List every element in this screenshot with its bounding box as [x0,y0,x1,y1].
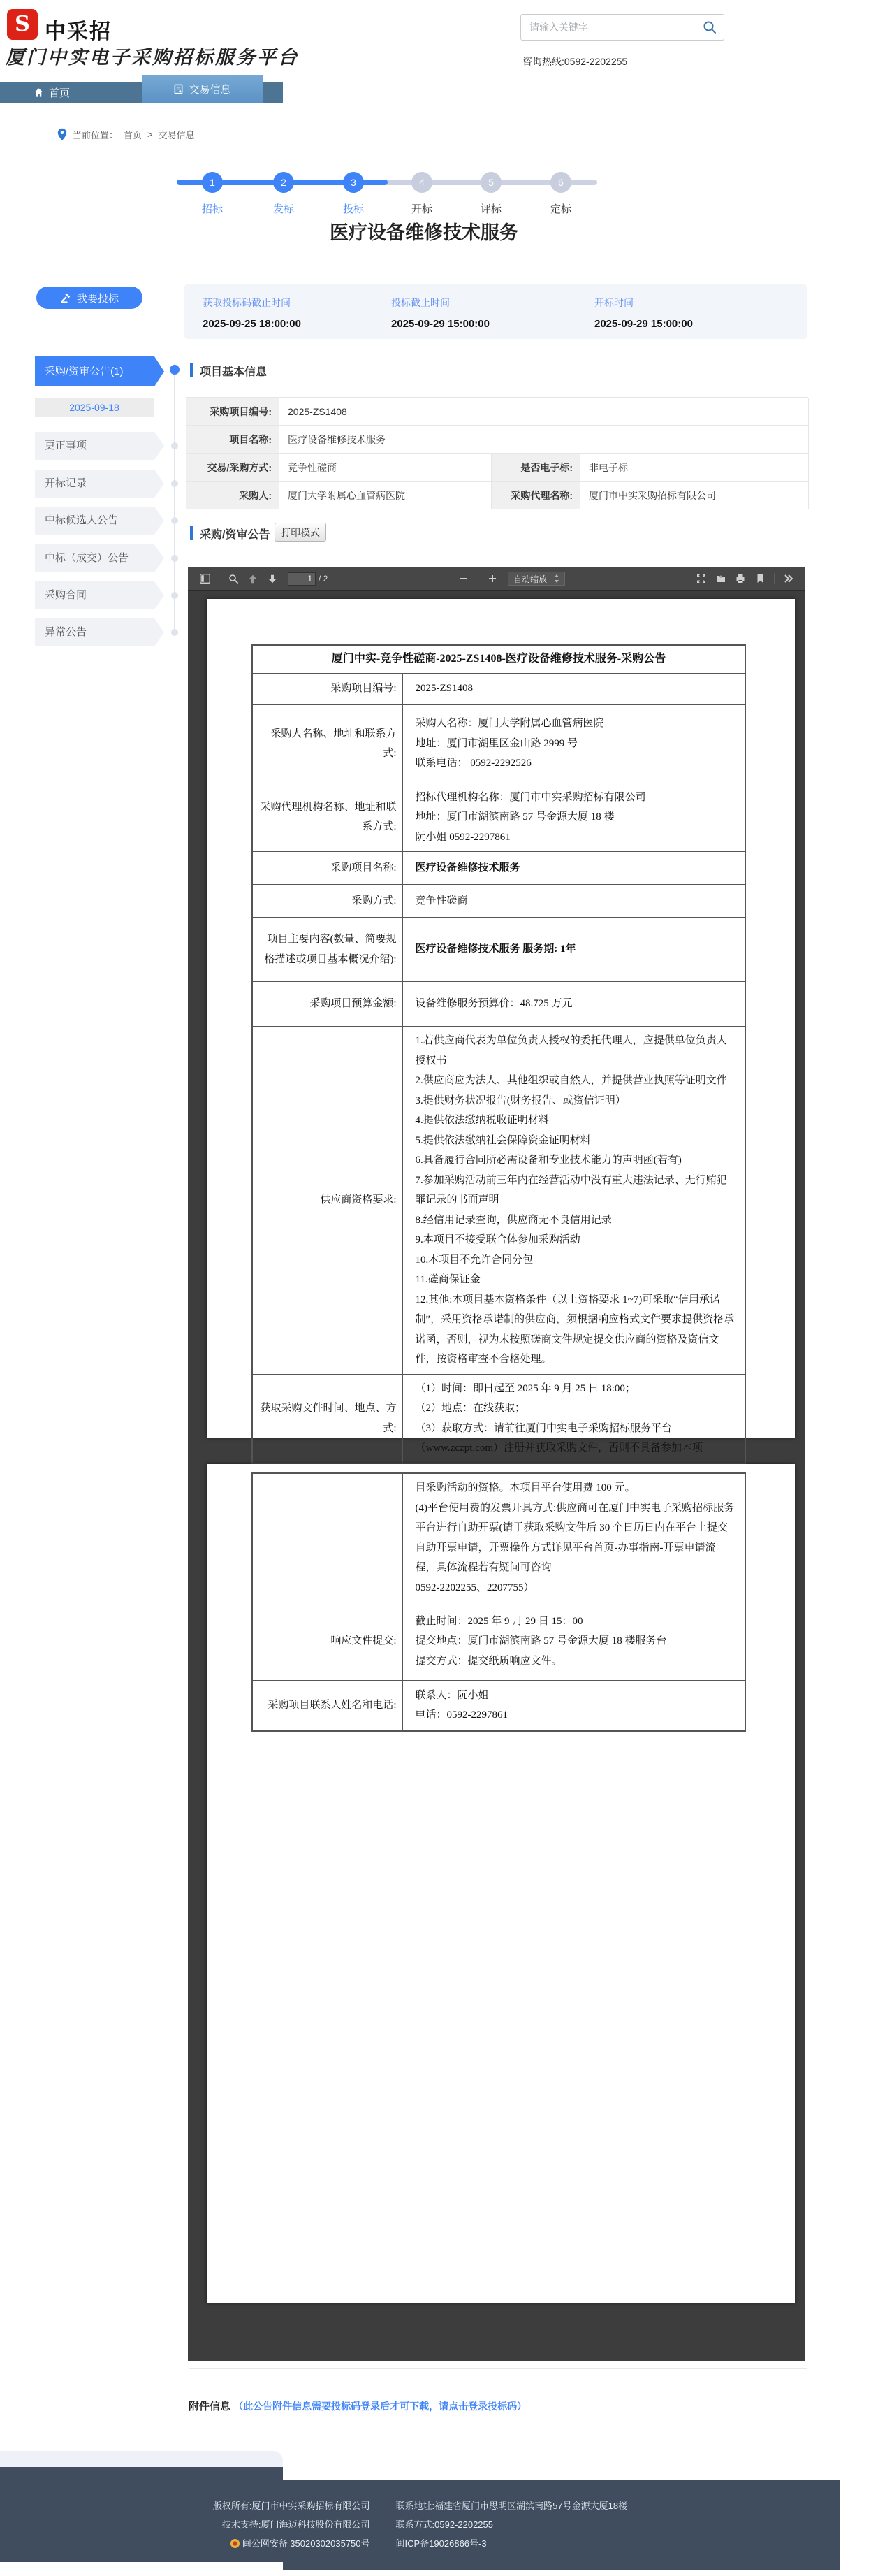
pdf-toolbar: / 2 自动缩放 [188,567,805,591]
gavel-icon [60,292,71,303]
announcement-table-page2: 目采购活动的资格。本项目平台使用费 100 元。 (4)平台使用费的发票开具方式… [251,1472,746,1732]
pdf-viewer: / 2 自动缩放 [188,567,805,2361]
doc-value: 医疗设备维修技术服务 服务期: 1年 [402,918,745,982]
doc-value: 2025-ZS1408 [402,673,745,704]
doc-value: （1）时间：即日起至 2025 年 9 月 25 日 18:00； （2）地点：… [402,1374,745,1463]
select-arrows-icon [554,574,559,583]
deadline-value: 2025-09-25 18:00:00 [203,318,301,330]
deadline-value: 2025-09-29 15:00:00 [391,318,490,330]
nav-item-home[interactable]: 首页 [34,82,70,103]
info-label-method: 交易/采购方式: [186,454,279,482]
pdf-page-down-button[interactable] [264,570,281,587]
sidebar-item-corrections[interactable]: 更正事项 [35,432,164,460]
breadcrumb-prefix: 当前位置： [73,128,118,141]
fullscreen-icon [696,574,706,584]
section-title-announcement: 采购/资审公告 [200,526,270,542]
step-label-5: 评标 [463,201,519,216]
doc-label: 供应商资格要求: [252,1027,402,1375]
nav-home-label: 首页 [49,85,70,100]
search-box [520,14,724,41]
sidebar-item-abnormal[interactable]: 异常公告 [35,618,164,646]
timeline-dot [171,517,178,524]
sidebar-item-announcement[interactable]: 采购/资审公告(1) [35,356,164,386]
search-icon [702,20,717,35]
deadline-bar: 获取投标码截止时间 2025-09-25 18:00:00 投标截止时间 202… [184,284,807,339]
footer-police-record[interactable]: 闽公网安备 35020302035750号 [213,2534,370,2553]
page-root: S 中采招 厦门中实电子采购招标服务平台 咨询热线:0592-2202255 首… [0,0,871,2576]
footer-police-record-text: 闽公网安备 35020302035750号 [242,2538,370,2549]
arrow-up-icon [249,574,257,584]
step-circle-2: 2 [273,172,294,193]
open-file-icon [716,574,726,584]
doc-label: 获取采购文件时间、地点、方式: [252,1374,402,1463]
step-label-1: 招标 [184,201,240,216]
doc-label: 响应文件提交: [252,1602,402,1681]
site-logo-text: 中采招 [45,14,112,45]
search-button[interactable] [702,19,719,36]
pdf-bookmark-button[interactable] [752,570,768,587]
sidebar-item-date[interactable]: 2025-09-18 [35,398,154,417]
doc-label: 采购代理机构名称、地址和联系方式: [252,783,402,852]
search-input[interactable] [520,14,724,41]
main-nav: 首页 交易信息 [0,82,283,103]
section-bar [190,363,193,377]
site-logo-icon: S [7,9,38,40]
breadcrumb-current[interactable]: 交易信息 [159,128,195,141]
doc-value: 1.若供应商代表为单位负责人授权的委托代理人，应提供单位负责人授权书 2.供应商… [402,1027,745,1375]
minus-icon [460,574,468,583]
toolbar-separator [478,573,478,584]
attachment-title: 附件信息 [189,2401,230,2412]
step-circle-6: 6 [550,172,571,193]
step-circle-5: 5 [481,172,502,193]
document-icon [173,84,184,94]
info-label-project-name: 项目名称: [186,426,279,454]
footer-right-column: 联系地址:福建省厦门市思明区湖滨南路57号金源大厦18楼 联系方式:0592-2… [396,2496,628,2553]
doc-label: 采购方式: [252,885,402,918]
timeline-dot [171,442,178,449]
doc-value: 竞争性磋商 [402,885,745,918]
footer-contact: 联系方式:0592-2202255 [396,2515,628,2534]
police-badge-icon [230,2539,240,2548]
announcement-table-page1: 厦门中实-竞争性磋商-2025-ZS1408-医疗设备维修技术服务-采购公告 采… [251,644,746,1464]
sidebar-toggle-icon [200,574,210,584]
sidebar-item-candidates[interactable]: 中标候选人公告 [35,507,164,535]
sidebar-item-contract[interactable]: 采购合同 [35,581,164,609]
breadcrumb: 当前位置： 首页 > 交易信息 [57,128,195,141]
section-bar [190,526,193,540]
footer-address: 联系地址:福建省厦门市思明区湖滨南路57号金源大厦18楼 [396,2496,628,2515]
nav-item-trade-info[interactable]: 交易信息 [142,75,263,103]
pdf-find-button[interactable] [225,570,242,587]
doc-label [252,1473,402,1602]
step-label-4: 开标 [394,201,450,216]
info-label-purchaser: 采购人: [186,482,279,509]
section-title-basic-info: 项目基本信息 [200,363,267,379]
pdf-page-up-button[interactable] [244,570,261,587]
pdf-zoom-in-button[interactable] [484,570,501,587]
doc-value: 联系人：阮小姐 电话：0592-2297861 [402,1681,745,1731]
attachment-login-note[interactable]: （此公告附件信息需要投标码登录后才可下载，请点击登录投标码） [233,2401,527,2412]
pdf-zoom-value: 自动缩放 [513,573,547,585]
deadline-value: 2025-09-29 15:00:00 [594,318,693,330]
footer-tech-support: 技术支持:厦门海迈科技股份有限公司 [213,2515,370,2534]
doc-title: 厦门中实-竞争性磋商-2025-ZS1408-医疗设备维修技术服务-采购公告 [252,645,745,673]
footer-copyright: 版权所有:厦门市中实采购招标有限公司 [213,2496,370,2515]
pdf-open-file-button[interactable] [712,570,729,587]
timeline-dot [171,480,178,487]
footer-strip [0,2451,283,2467]
step-circle-1: 1 [202,172,223,193]
bid-now-label: 我要投标 [77,291,119,305]
deadline-col-code: 获取投标码截止时间 2025-09-25 18:00:00 [203,296,301,330]
doc-label: 采购项目联系人姓名和电话: [252,1681,402,1731]
footer-icp[interactable]: 闽ICP备19026866号-3 [396,2534,628,2553]
location-pin-icon [57,128,67,141]
doc-label: 采购项目名称: [252,852,402,885]
step-circle-3: 3 [343,172,364,193]
doc-value: 目采购活动的资格。本项目平台使用费 100 元。 (4)平台使用费的发票开具方式… [402,1473,745,1602]
timeline-dot-active [170,365,180,375]
chevrons-right-icon [784,574,793,583]
pdf-presentation-button[interactable] [693,570,710,587]
deadline-col-bid: 投标截止时间 2025-09-29 15:00:00 [391,296,490,330]
printer-icon [735,574,745,584]
attachment-info: 附件信息 （此公告附件信息需要投标码登录后才可下载，请点击登录投标码） [189,2398,527,2413]
info-value-purchaser: 厦门大学附属心血管病医院 [279,482,492,509]
deadline-label: 开标时间 [594,296,693,310]
find-icon [228,574,238,584]
pdf-page-1: 厦门中实-竞争性磋商-2025-ZS1408-医疗设备维修技术服务-采购公告 采… [207,599,795,1438]
home-icon [34,87,44,98]
doc-label: 采购人名称、地址和联系方式: [252,704,402,783]
pdf-print-button[interactable] [732,570,749,587]
site-subtitle: 厦门中实电子采购招标服务平台 [6,42,299,69]
hotline-text: 咨询热线:0592-2202255 [522,55,627,68]
info-value-method: 竞争性磋商 [279,454,492,482]
timeline-dot [171,555,178,562]
print-mode-button[interactable]: 打印模式 [275,523,326,542]
arrow-down-icon [268,574,277,584]
step-label-3: 投标 [325,201,381,216]
bid-now-button[interactable]: 我要投标 [36,287,142,309]
doc-label: 采购项目编号: [252,673,402,704]
deadline-label: 获取投标码截止时间 [203,296,301,310]
doc-value: 设备维修服务预算价：48.725 万元 [402,982,745,1027]
step-circle-4: 4 [411,172,432,193]
info-label-e-bid: 是否电子标: [492,454,580,482]
doc-label: 项目主要内容(数量、简要规格描述或项目基本概况介绍): [252,918,402,982]
footer-divider [383,2496,383,2553]
pdf-sidebar-toggle-button[interactable] [196,570,213,587]
info-value-project-name: 医疗设备维修技术服务 [279,426,809,454]
timeline-dot [171,629,178,636]
info-value-e-bid: 非电子标 [580,454,809,482]
nav-trade-info-label: 交易信息 [189,82,230,96]
step-label-6: 定标 [533,201,589,216]
toolbar-separator [219,573,219,584]
basic-info-table: 采购项目编号: 2025-ZS1408 项目名称: 医疗设备维修技术服务 交易/… [186,397,808,509]
timeline-dot [171,592,178,599]
pdf-page-2: 目采购活动的资格。本项目平台使用费 100 元。 (4)平台使用费的发票开具方式… [207,1464,795,2303]
info-label-project-code: 采购项目编号: [186,398,279,426]
pdf-zoom-select[interactable]: 自动缩放 [508,572,565,586]
pdf-zoom-out-button[interactable] [455,570,472,587]
step-label-2: 发标 [256,201,312,216]
page-title: 医疗设备维修技术服务 [0,217,848,245]
plus-icon [488,574,497,583]
info-value-agency: 厦门市中实采购招标有限公司 [580,482,809,509]
divider [189,2368,807,2369]
doc-value: 采购人名称：厦门大学附属心血管病医院 地址：厦门市湖里区金山路 2999 号 联… [402,704,745,783]
footer-left-column: 版权所有:厦门市中实采购招标有限公司 技术支持:厦门海迈科技股份有限公司 闽公网… [213,2496,370,2553]
footer: 版权所有:厦门市中实采购招标有限公司 技术支持:厦门海迈科技股份有限公司 闽公网… [0,2496,840,2553]
sidebar-item-open-record[interactable]: 开标记录 [35,470,164,498]
doc-value: 招标代理机构名称：厦门市中实采购招标有限公司 地址：厦门市湖滨南路 57 号金源… [402,783,745,852]
breadcrumb-home-link[interactable]: 首页 [124,128,142,141]
doc-value: 截止时间：2025 年 9 月 29 日 15：00 提交地点：厦门市湖滨南路 … [402,1602,745,1681]
bookmark-icon [756,574,764,584]
deadline-col-open: 开标时间 2025-09-29 15:00:00 [594,296,693,330]
info-value-project-code: 2025-ZS1408 [279,398,809,426]
pdf-page-number-input[interactable] [288,572,316,586]
doc-label: 采购项目预算金额: [252,982,402,1027]
doc-value: 医疗设备维修技术服务 [402,852,745,885]
sidebar-item-award-notice[interactable]: 中标（成交）公告 [35,544,164,572]
breadcrumb-separator: > [147,129,153,140]
pdf-page-count: / 2 [319,574,328,584]
info-label-agency: 采购代理名称: [492,482,580,509]
deadline-label: 投标截止时间 [391,296,490,310]
toolbar-separator [774,573,775,584]
pdf-more-tools-button[interactable] [780,570,797,587]
